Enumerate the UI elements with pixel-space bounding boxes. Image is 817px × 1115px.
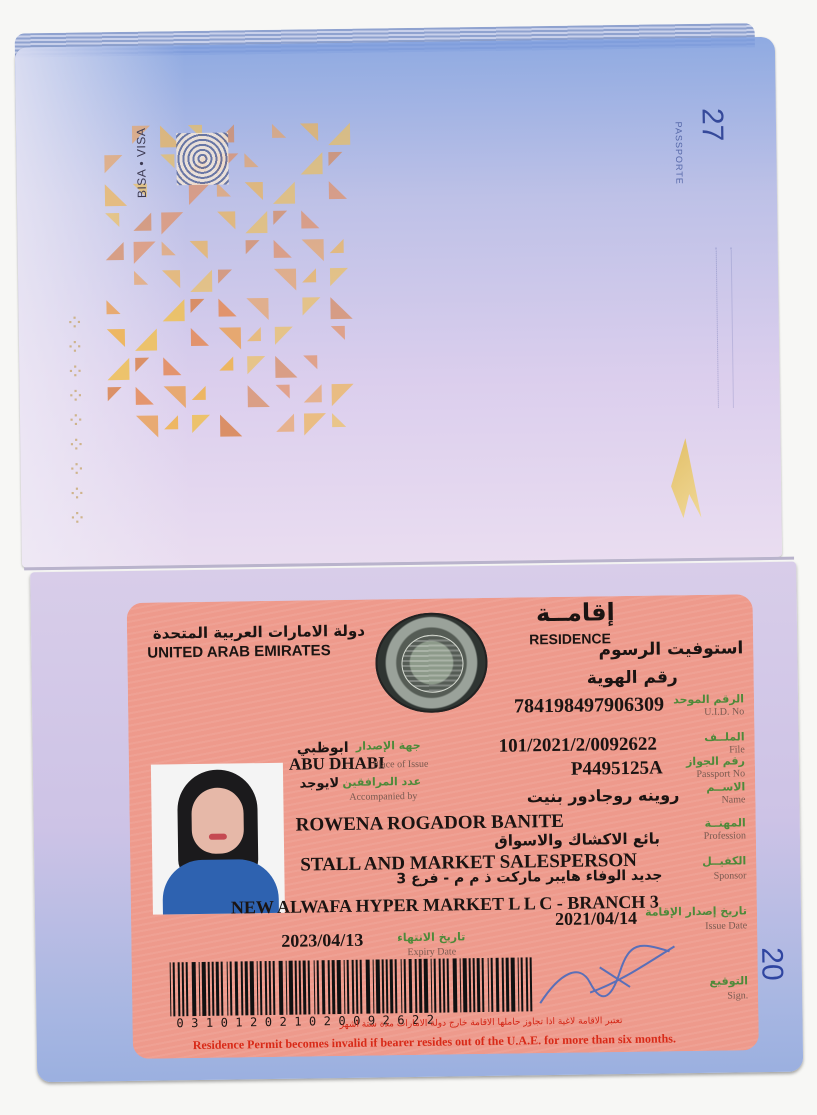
passport-no-value: P4495125A: [571, 757, 663, 780]
page-label: PASSPORTE: [673, 122, 684, 185]
profession-label-ar: المهنــة: [690, 816, 746, 830]
passport-no-label-ar: رقم الجواز: [677, 754, 745, 768]
profession-label-en: Profession: [676, 830, 746, 842]
country-name-ar: دولة الامارات العربية المتحدة: [145, 622, 365, 643]
perforated-number: ⁘⁘⁘⁘⁘⁘⁘⁘⁘: [62, 166, 95, 526]
profession-ar: بائع الاكشاك والاسواق: [460, 830, 660, 851]
place-of-issue-label-ar: جهة الإصدار: [351, 739, 421, 753]
falcon-watermark: [670, 438, 701, 518]
accompanied-by-label-ar: عدد المرافقين: [341, 775, 421, 789]
accompanied-by-label-en: Accompanied by: [349, 791, 417, 803]
passport-page-top: BISA • VISA ⁘⁘⁘⁘⁘⁘⁘⁘⁘ 27 PASSPORTE: [15, 37, 782, 568]
uid-label-en: U.I.D. No: [698, 706, 744, 718]
uae-hologram-seal: [375, 612, 488, 714]
issue-date-label-en: Issue Date: [687, 920, 747, 932]
page-number-top: 27: [694, 108, 728, 142]
expiry-date-label-ar: تاريخ الانتهاء: [391, 930, 465, 944]
title-ar: إقامــة: [525, 598, 615, 627]
signature-label-en: Sign.: [702, 990, 748, 1002]
fees-paid-ar: استوفيت الرسوم: [593, 638, 743, 660]
country-name-en: UNITED ARAB EMIRATES: [147, 642, 331, 662]
signature-label-ar: التوقيع: [692, 974, 748, 988]
id-number-label-ar: رقم الهوية: [558, 667, 678, 689]
passport-no-label-en: Passport No: [677, 768, 745, 780]
page-number-bottom: 20: [754, 947, 788, 981]
sponsor-label-ar: الكفيــل: [690, 854, 746, 868]
place-of-issue-label-en: Place of Issue: [373, 759, 429, 771]
accompanied-by-value-ar: لايوجد: [279, 776, 339, 792]
sponsor-ar: جديد الوفاء هايبر ماركت ذ م م - فرع 3: [430, 868, 662, 887]
visa-label: BISA • VISA: [134, 128, 149, 199]
name-label-en: Name: [699, 794, 745, 806]
signature-scribble: [529, 931, 680, 1013]
sponsor-label-en: Sponsor: [690, 870, 746, 882]
falcon-emblem-icon: [401, 634, 464, 693]
warning-en: Residence Permit becomes invalid if bear…: [193, 1031, 676, 1053]
expiry-date-label-en: Expiry Date: [407, 946, 456, 958]
issue-date-value: 2021/04/14: [555, 908, 637, 930]
microtext: [716, 247, 734, 407]
uid-label-ar: الرقم الموحد: [668, 692, 744, 706]
passport-page-bottom: 20 دولة الامارات العربية المتحدة UNITED …: [30, 562, 803, 1083]
file-label-ar: الملــف: [688, 730, 744, 744]
barcode: [170, 957, 537, 1016]
residence-visa-sticker: دولة الامارات العربية المتحدة UNITED ARA…: [127, 594, 759, 1059]
file-value: 101/2021/2/0092622: [499, 734, 658, 758]
name-label-ar: الاســم: [689, 780, 745, 794]
place-of-issue-en: ABU DHABI: [289, 753, 385, 774]
issue-date-label-ar: تاريخ إصدار الإقامة: [651, 904, 747, 918]
hologram-square: [176, 132, 229, 185]
passport-booklet: BISA • VISA ⁘⁘⁘⁘⁘⁘⁘⁘⁘ 27 PASSPORTE 20 دو…: [7, 17, 814, 1098]
name-ar: روينه روجادور بنيت: [509, 785, 679, 806]
holder-photo: [151, 763, 285, 915]
expiry-date-value: 2023/04/13: [281, 930, 363, 952]
uid-value: 784198497906309: [514, 693, 664, 718]
